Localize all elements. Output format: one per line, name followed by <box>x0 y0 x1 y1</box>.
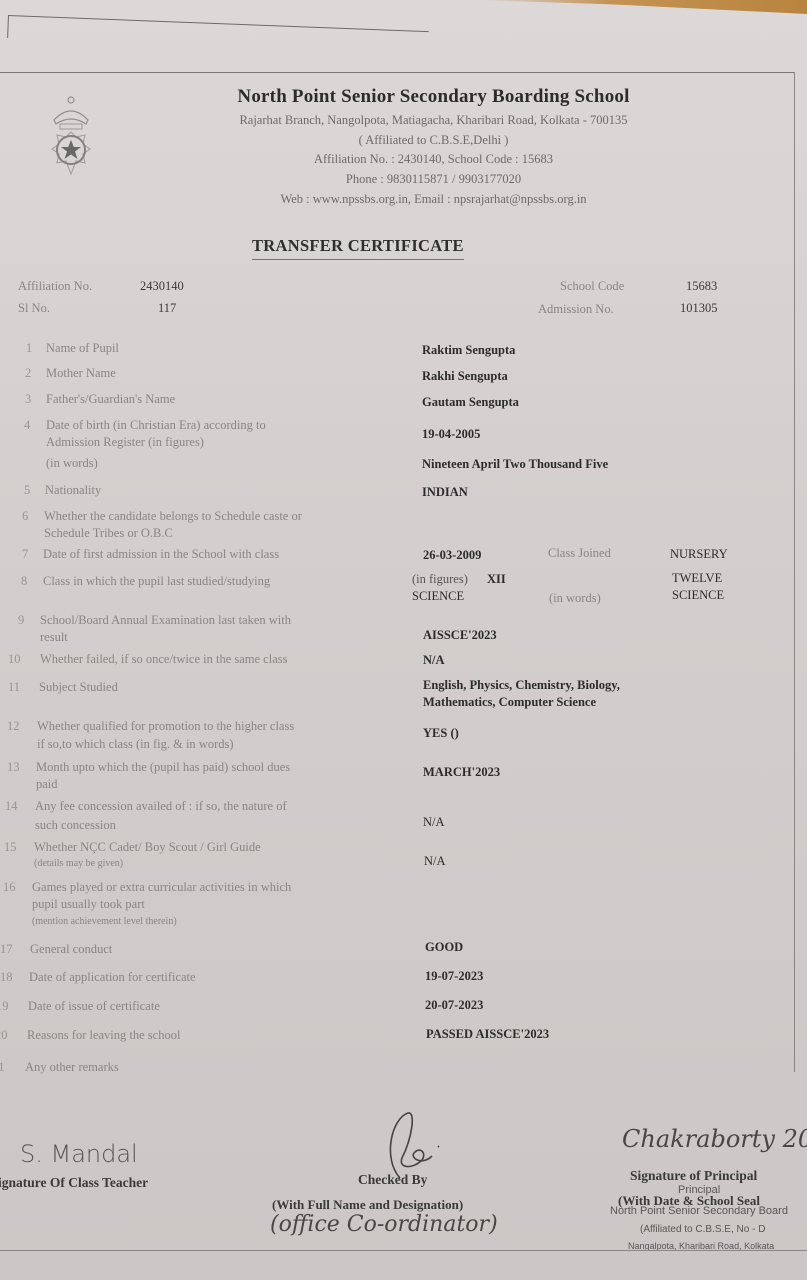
field-value-father-name: Gautam Sengupta <box>422 395 519 410</box>
field-number: 20 <box>0 1028 8 1043</box>
field-label-father-name: Father's/Guardian's Name <box>46 392 175 407</box>
class-joined-label: Class Joined <box>548 546 611 561</box>
field-number: 5 <box>24 483 30 498</box>
field-label-games: Games played or extra curricular activit… <box>32 880 291 895</box>
principal-signature-label: Signature of Principal <box>630 1168 757 1184</box>
field-value-first-admission: 26-03-2009 <box>423 548 481 563</box>
field-value-subjects: English, Physics, Chemistry, Biology, <box>423 678 620 693</box>
field-label-caste-line2: Schedule Tribes or O.B.C <box>44 526 173 541</box>
field-number: 14 <box>5 799 18 814</box>
principal-signature: Chakraborty 20 <box>622 1125 807 1153</box>
class-teacher-signature-label: ignature Of Class Teacher <box>0 1175 148 1191</box>
field-label-first-admission: Date of first admission in the School wi… <box>43 547 279 562</box>
principal-seal-affiliation: (Affiliated to C.B.S.E, No - D <box>640 1224 765 1235</box>
sheet-right-edge <box>794 72 795 1072</box>
class-in-figures-stream: SCIENCE <box>412 589 464 604</box>
school-code-label: School Code <box>560 279 624 294</box>
school-code-value: 15683 <box>686 279 717 294</box>
field-label-application-date: Date of application for certificate <box>29 970 196 985</box>
field-value-issue-date: 20-07-2023 <box>425 998 483 1013</box>
field-number: 18 <box>0 970 13 985</box>
field-number: 9 <box>18 613 24 628</box>
field-label-dues-paid-line2: paid <box>36 777 58 792</box>
field-number: 3 <box>25 392 31 407</box>
class-in-figures-value: XII <box>487 572 506 587</box>
class-in-words-stream: SCIENCE <box>672 588 724 603</box>
field-label-subjects: Subject Studied <box>39 680 118 695</box>
field-number: 17 <box>0 942 13 957</box>
field-value-conduct: GOOD <box>425 940 463 955</box>
checked-by-label: Checked By <box>358 1172 427 1188</box>
phone-line: Phone : 9830115871 / 9903177020 <box>0 172 807 187</box>
field-value-dob: 19-04-2005 <box>422 427 480 442</box>
in-words-label: (in words) <box>549 591 601 606</box>
school-address: Rajarhat Branch, Nangolpota, Matiagacha,… <box>0 113 807 128</box>
field-label-fee-concession-line2: such concession <box>35 818 116 833</box>
field-value-fee-concession: N/A <box>423 815 445 830</box>
field-label-games-line2: pupil usually took part <box>32 897 145 912</box>
field-number: 21 <box>0 1060 5 1075</box>
field-number: 16 <box>3 880 16 895</box>
field-value-dob-words: Nineteen April Two Thousand Five <box>422 457 608 472</box>
field-value-promotion: YES () <box>423 726 459 741</box>
field-label-fee-concession: Any fee concession availed of : if so, t… <box>35 799 287 814</box>
field-value-last-exam: AISSCE'2023 <box>423 628 497 643</box>
principal-seal-school: North Point Senior Secondary Board <box>610 1205 788 1217</box>
field-label-dob-line2: Admission Register (in figures) <box>46 435 204 450</box>
field-number: 11 <box>8 680 20 695</box>
field-label-promotion-line2: if so,to which class (in fig. & in words… <box>37 737 234 752</box>
web-email-line: Web : www.npssbs.org.in, Email : npsraja… <box>0 192 807 207</box>
sl-no-label: Sl No. <box>18 301 50 316</box>
field-number: 2 <box>25 366 31 381</box>
field-label-promotion: Whether qualified for promotion to the h… <box>37 719 294 734</box>
field-label-remarks: Any other remarks <box>25 1060 119 1075</box>
field-value-name-of-pupil: Raktim Sengupta <box>422 343 515 358</box>
class-in-words-value: TWELVE <box>672 571 722 586</box>
affiliation-note: ( Affiliated to C.B.S.E,Delhi ) <box>0 133 807 148</box>
field-value-reason-leaving: PASSED AISSCE'2023 <box>426 1027 549 1042</box>
field-value-failed: N/A <box>423 653 445 668</box>
field-value-nationality: INDIAN <box>422 485 468 500</box>
field-number: 12 <box>7 719 20 734</box>
field-label-dues-paid: Month upto which the (pupil has paid) sc… <box>36 760 290 775</box>
checked-by-sub-label: (With Full Name and Designation) <box>272 1197 463 1213</box>
field-number: 19 <box>0 999 9 1014</box>
field-label-issue-date: Date of issue of certificate <box>28 999 160 1014</box>
field-value-dues-paid: MARCH'2023 <box>423 765 500 780</box>
class-joined-value: NURSERY <box>670 547 728 562</box>
affiliation-value: 2430140 <box>140 279 184 294</box>
field-number: 8 <box>21 574 27 589</box>
field-label-last-exam: School/Board Annual Examination last tak… <box>40 613 291 628</box>
field-label-ncc: Whether NÇC Cadet/ Boy Scout / Girl Guid… <box>34 840 261 855</box>
field-label-games-line3: (mention achievement level therein) <box>32 916 177 927</box>
sl-no-value: 117 <box>158 301 176 316</box>
in-figures-label: (in figures) <box>412 572 468 587</box>
field-number: 7 <box>22 547 28 562</box>
field-number: 13 <box>7 760 20 775</box>
affiliation-line: Affiliation No. : 2430140, School Code :… <box>0 152 807 167</box>
field-number: 1 <box>26 341 32 356</box>
field-label-name-of-pupil: Name of Pupil <box>46 341 119 356</box>
field-label-mother-name: Mother Name <box>46 366 116 381</box>
admission-no-label: Admission No. <box>538 302 614 317</box>
field-number: 15 <box>4 840 17 855</box>
field-number: 4 <box>24 418 30 433</box>
admission-no-value: 101305 <box>680 301 718 316</box>
field-value-subjects-line2: Mathematics, Computer Science <box>423 695 596 710</box>
class-teacher-signature: S. Mandal <box>20 1140 138 1168</box>
field-label-dob: Date of birth (in Christian Era) accordi… <box>46 418 266 433</box>
footer-divider <box>0 1250 807 1251</box>
field-value-ncc: N/A <box>424 854 446 869</box>
field-label-nationality: Nationality <box>45 483 101 498</box>
document-title: TRANSFER CERTIFICATE <box>252 236 464 260</box>
sheet-top-edge <box>0 72 795 73</box>
field-value-application-date: 19-07-2023 <box>425 969 483 984</box>
affiliation-label: Affiliation No. <box>18 279 92 294</box>
checked-by-designation: (office Co-ordinator) <box>270 1212 498 1237</box>
field-number: 6 <box>22 509 28 524</box>
field-label-caste: Whether the candidate belongs to Schedul… <box>44 509 302 524</box>
field-label-conduct: General conduct <box>30 942 112 957</box>
field-label-reason-leaving: Reasons for leaving the school <box>27 1028 180 1043</box>
field-value-mother-name: Rakhi Sengupta <box>422 369 508 384</box>
school-name: North Point Senior Secondary Boarding Sc… <box>0 86 807 108</box>
field-number: 10 <box>8 652 21 667</box>
field-label-dob-words: (in words) <box>46 456 98 471</box>
field-label-last-class: Class in which the pupil last studied/st… <box>43 574 270 589</box>
field-label-last-exam-line2: result <box>40 630 68 645</box>
field-label-failed: Whether failed, if so once/twice in the … <box>40 652 287 667</box>
field-label-ncc-line2: (details may be given) <box>34 858 123 869</box>
